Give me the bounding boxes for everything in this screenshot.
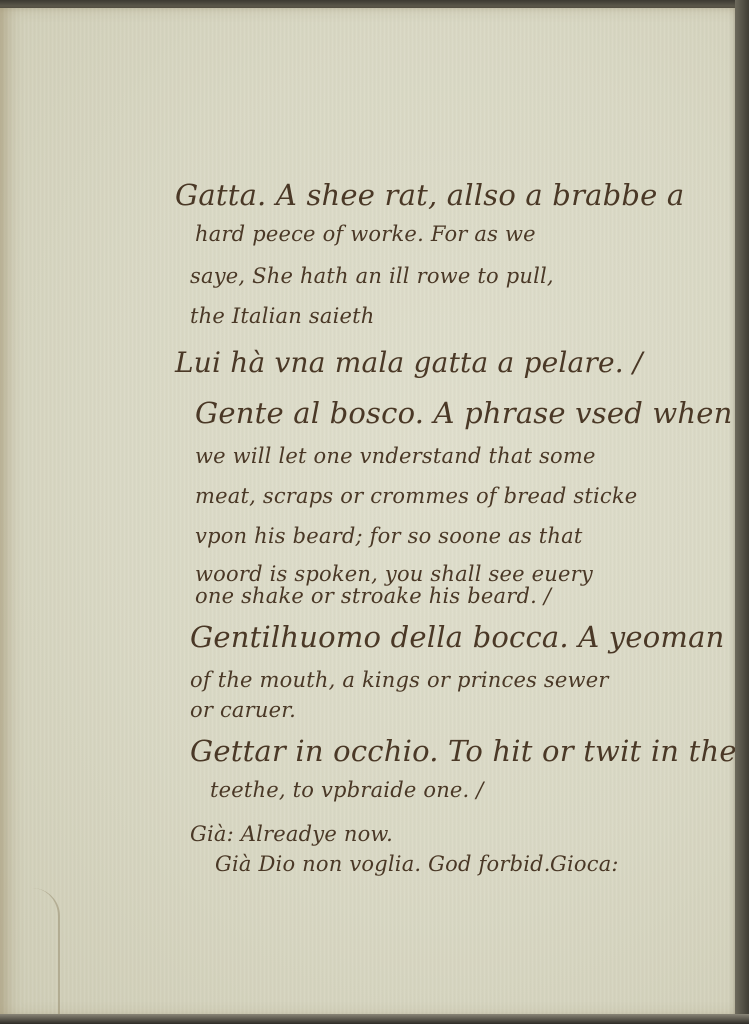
entry-gentilhuomo-line-3: or caruer.	[190, 698, 296, 722]
entry-gia-dio-line: Già Dio non voglia. God forbid.	[215, 852, 551, 876]
entry-gentilhuomo-line-1: Gentilhuomo della bocca. A yeoman	[190, 620, 724, 654]
entry-gatta-line-4: the Italian saieth	[190, 304, 374, 328]
entry-gatta-line-1: Gatta. A shee rat, allso a brabbe a	[175, 178, 684, 212]
page-right-edge	[735, 0, 749, 1024]
entry-gia-line: Già: Alreadye now.	[190, 822, 393, 846]
entry-gente-al-bosco-line-2: we will let one vnderstand that some	[195, 444, 596, 468]
entry-gente-al-bosco-line-4: vpon his beard; for so soone as that	[195, 524, 582, 548]
entry-gente-al-bosco-line-1: Gente al bosco. A phrase vsed when	[195, 396, 733, 430]
entry-gentilhuomo-line-2: of the mouth, a kings or princes sewer	[190, 668, 609, 692]
entry-gente-al-bosco-line-6: one shake or stroake his beard. /	[195, 584, 551, 608]
entry-gente-al-bosco-line-5: woord is spoken, you shall see euery	[195, 562, 593, 586]
entry-gatta-example: Lui hà vna mala gatta a pelare. /	[175, 346, 643, 379]
entry-gettar-line-1: Gettar in occhio. To hit or twit in the	[190, 734, 737, 768]
entry-gatta-line-2: hard peece of worke. For as we	[195, 222, 536, 246]
page-tear-mark	[18, 888, 60, 1018]
manuscript-page: Gatta. A shee rat, allso a brabbe a hard…	[0, 8, 735, 1016]
page-bottom-edge	[0, 1014, 749, 1024]
catchword-gioca: Gioca:	[550, 852, 619, 876]
entry-gettar-line-2: teethe, to vpbraide one. /	[210, 778, 484, 802]
entry-gente-al-bosco-line-3: meat, scraps or crommes of bread sticke	[195, 484, 637, 508]
manuscript-scan: Gatta. A shee rat, allso a brabbe a hard…	[0, 0, 749, 1024]
entry-gatta-line-3: saye, She hath an ill rowe to pull,	[190, 264, 554, 288]
